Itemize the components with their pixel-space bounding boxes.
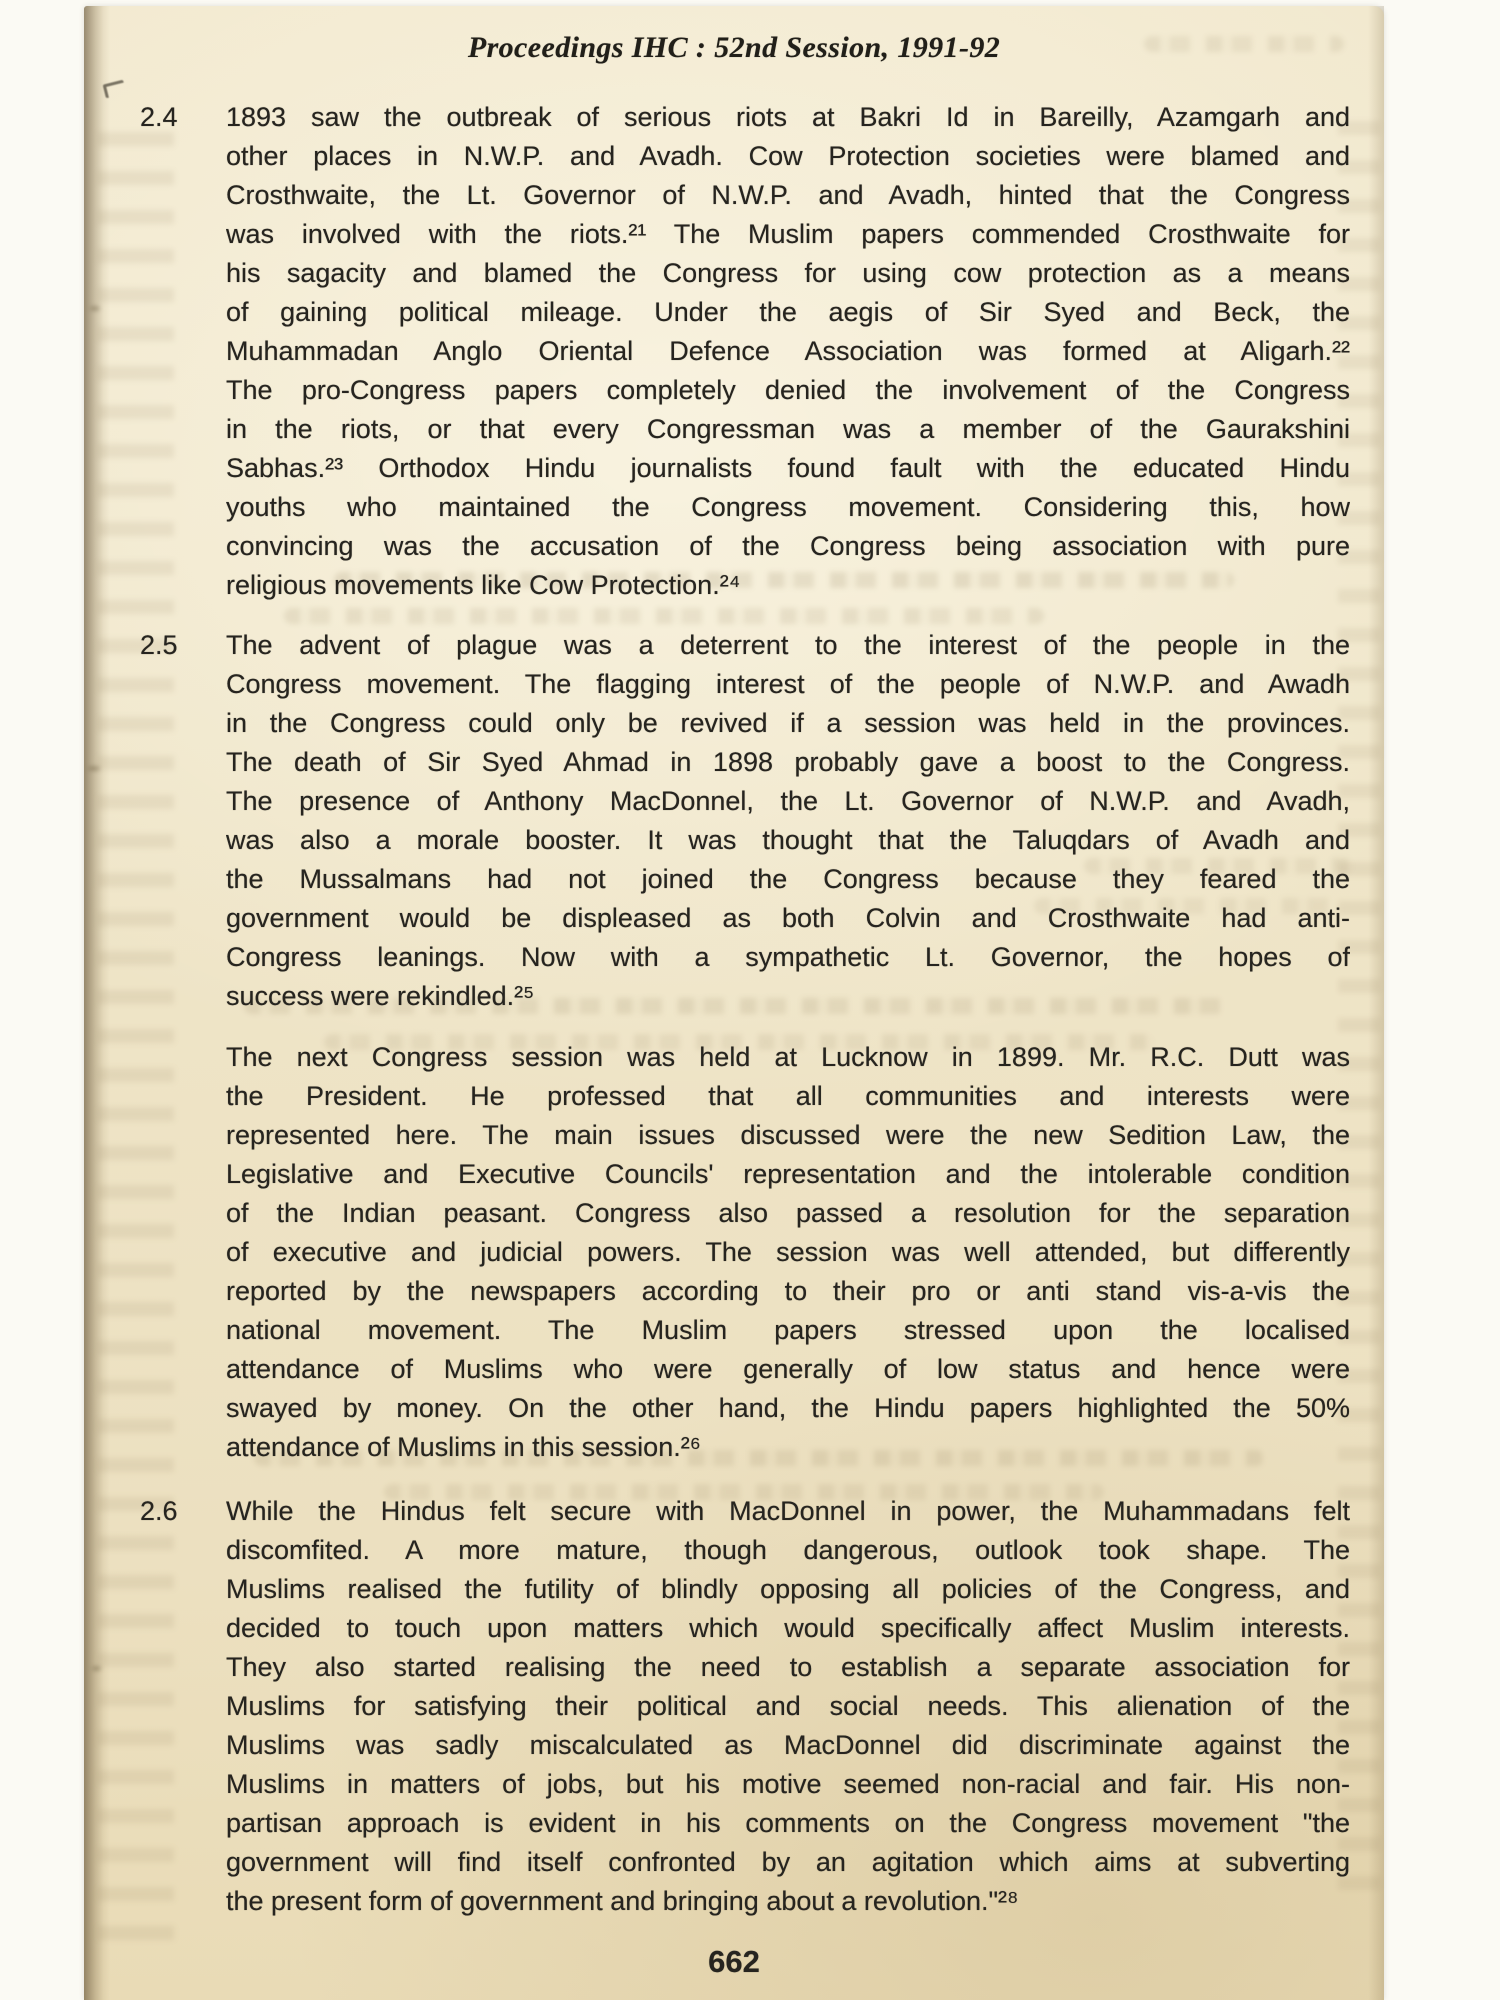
text-line: of the Indian peasant. Congress also pas… [226,1194,1350,1233]
text-line: the President. He professed that all com… [226,1077,1350,1116]
text-line: The pro-Congress papers completely denie… [226,371,1350,410]
scan-artifact-mark [92,1666,101,1671]
paragraph-text: While the Hindus felt secure with MacDon… [226,1492,1350,1921]
text-line: They also started realising the need to … [226,1648,1350,1687]
text-line: religious movements like Cow Protection.… [226,566,1350,605]
text-line: attendance of Muslims in this session.²⁶ [226,1428,1350,1467]
text-line: discomfited. A more mature, though dange… [226,1531,1350,1570]
page-number: 662 [84,1944,1384,1980]
text-line: Sabhas.²³ Orthodox Hindu journalists fou… [226,449,1350,488]
text-line: attendance of Muslims who were generally… [226,1350,1350,1389]
paragraph-number: 2.4 [140,98,178,137]
text-line: of gaining political mileage. Under the … [226,293,1350,332]
paragraph-number: 2.5 [140,626,178,665]
paragraph-2-5: 2.5 The advent of plague was a deterrent… [226,626,1350,1016]
text-line: the present form of government and bring… [226,1882,1350,1921]
text-line: in the riots, or that every Congressman … [226,410,1350,449]
text-line: in the Congress could only be revived if… [226,704,1350,743]
text-line: decided to touch upon matters which woul… [226,1609,1350,1648]
paragraph-lucknow-session: The next Congress session was held at Lu… [226,1038,1350,1467]
text-line: Legislative and Executive Councils' repr… [226,1155,1350,1194]
text-line: Muslims realised the futility of blindly… [226,1570,1350,1609]
text-line: government would be displeased as both C… [226,899,1350,938]
text-line: The next Congress session was held at Lu… [226,1038,1350,1077]
text-line: convincing was the accusation of the Con… [226,527,1350,566]
text-line: The death of Sir Syed Ahmad in 1898 prob… [226,743,1350,782]
scanned-page: Proceedings IHC : 52nd Session, 1991-92 … [84,6,1384,2000]
paragraph-text: 1893 saw the outbreak of serious riots a… [226,98,1350,605]
text-line: youths who maintained the Congress movem… [226,488,1350,527]
text-line: While the Hindus felt secure with MacDon… [226,1492,1350,1531]
text-line: reported by the newspapers according to … [226,1272,1350,1311]
scan-artifact-mark [90,306,100,311]
text-line: the Mussalmans had not joined the Congre… [226,860,1350,899]
text-line: his sagacity and blamed the Congress for… [226,254,1350,293]
text-line: was involved with the riots.²¹ The Musli… [226,215,1350,254]
text-line: Muslims was sadly miscalculated as MacDo… [226,1726,1350,1765]
text-line: Muslims in matters of jobs, but his moti… [226,1765,1350,1804]
text-line: The advent of plague was a deterrent to … [226,626,1350,665]
text-line: The presence of Anthony MacDonnel, the L… [226,782,1350,821]
bleedthrough-artifact [98,126,174,1940]
text-line: national movement. The Muslim papers str… [226,1311,1350,1350]
paragraph-text: The advent of plague was a deterrent to … [226,626,1350,1016]
text-line: swayed by money. On the other hand, the … [226,1389,1350,1428]
text-line: Crosthwaite, the Lt. Governor of N.W.P. … [226,176,1350,215]
paragraph-2-4: 2.4 1893 saw the outbreak of serious rio… [226,98,1350,605]
text-line: 1893 saw the outbreak of serious riots a… [226,98,1350,137]
scan-artifact-mark [88,766,100,771]
text-line: other places in N.W.P. and Avadh. Cow Pr… [226,137,1350,176]
text-line: represented here. The main issues discus… [226,1116,1350,1155]
paragraph-text: The next Congress session was held at Lu… [226,1038,1350,1467]
text-line: was also a morale booster. It was though… [226,821,1350,860]
paragraph-2-6: 2.6 While the Hindus felt secure with Ma… [226,1492,1350,1921]
running-header: Proceedings IHC : 52nd Session, 1991-92 [84,30,1384,66]
text-line: partisan approach is evident in his comm… [226,1804,1350,1843]
text-line: Congress leanings. Now with a sympatheti… [226,938,1350,977]
bleedthrough-artifact [284,608,1044,624]
text-line: success were rekindled.²⁵ [226,977,1350,1016]
text-line: Muslims for satisfying their political a… [226,1687,1350,1726]
paragraph-number: 2.6 [140,1492,178,1531]
text-line: of executive and judicial powers. The se… [226,1233,1350,1272]
text-line: Muhammadan Anglo Oriental Defence Associ… [226,332,1350,371]
text-line: Congress movement. The flagging interest… [226,665,1350,704]
text-line: government will find itself confronted b… [226,1843,1350,1882]
